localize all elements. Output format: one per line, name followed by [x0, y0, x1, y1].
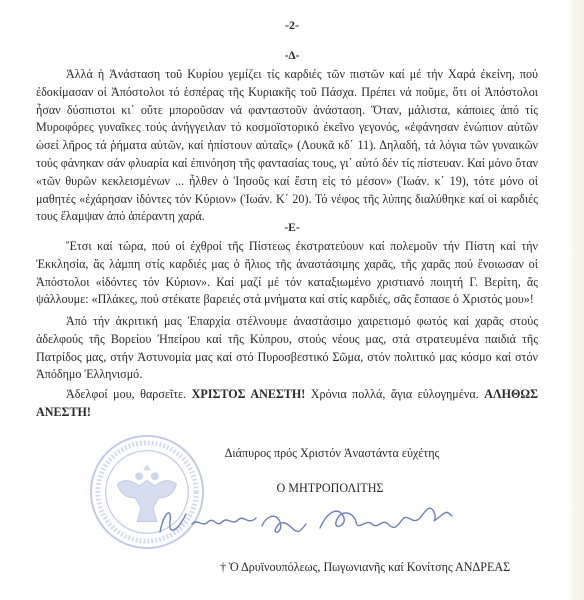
signature-icon	[152, 502, 482, 540]
paragraph-text: Ἔτσι καί τώρα, πού οἱ ἐχθροί τῆς Πίστεως…	[36, 239, 538, 306]
signatory-name: † Ὁ Δρυϊνουπόλεως, Πωγωνιανῆς καί Κονίτσ…	[220, 560, 510, 575]
bold-christos-anesti: ΧΡΙΣΤΟΣ ΑΝΕΣΤΗ!	[192, 387, 306, 401]
section-heading-epsilon: -Ε-	[0, 222, 584, 234]
paragraph-text: Ἀδελφοί μου, θαρσεῖτε.	[66, 387, 192, 401]
scan-page-edge	[568, 0, 584, 600]
paragraph-christ-is-risen: Ἀδελφοί μου, θαρσεῖτε. ΧΡΙΣΤΟΣ ΑΝΕΣΤΗ! Χ…	[36, 386, 538, 422]
section-heading-delta: -Δ-	[0, 50, 584, 62]
paragraph-text: Χρόνια πολλά, ἅγια εὐλογημένα.	[305, 387, 484, 401]
page-number: -2-	[0, 18, 584, 33]
paragraph-resurrection-joy: Ἀλλά ἡ Ἀνάσταση τοῦ Κυρίου γεμίζει τίς κ…	[36, 66, 538, 226]
paragraph-text: Ἀπό τήν ἀκριτική μας Ἐπαρχία στέλνουμε ἀ…	[36, 314, 538, 381]
paragraph-faith-enemies: Ἔτσι καί τώρα, πού οἱ ἐχθροί τῆς Πίστεως…	[36, 238, 538, 309]
paragraph-greetings: Ἀπό τήν ἀκριτική μας Ἐπαρχία στέλνουμε ἀ…	[36, 313, 538, 384]
paragraph-text: Ἀλλά ἡ Ἀνάσταση τοῦ Κυρίου γεμίζει τίς κ…	[36, 67, 538, 223]
